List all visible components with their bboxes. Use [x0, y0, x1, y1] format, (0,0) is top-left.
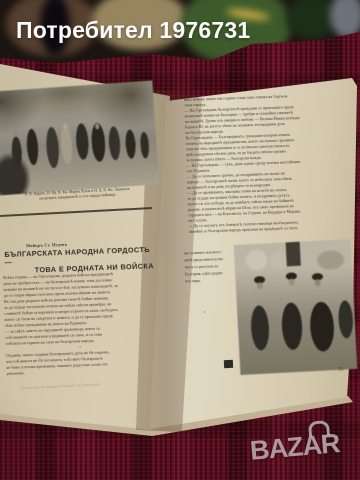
page-number: 35 [338, 366, 344, 372]
shopping-bag-handle-icon [308, 420, 330, 437]
right-page-body-text: ната войска, която тая година стана пакъ… [184, 91, 359, 234]
user-watermark: Потребител 1976731 [16, 17, 250, 44]
left-page-body-text: Всѣка година — на Гергьовдень, родната в… [3, 270, 156, 377]
photograph-figures [234, 239, 358, 375]
photograph-figures [0, 80, 159, 195]
section-separator-dot: • [204, 310, 205, 315]
listing-photo: Н. В. Царьтъ, Н. Кр. В. Кн. Мария Луиза … [0, 0, 360, 480]
background-blob [330, 0, 360, 38]
left-page-photograph [0, 80, 159, 195]
right-page-photograph [234, 239, 358, 375]
printer-ornament-square [224, 360, 233, 368]
right-page-side-column: ни спомнятъ мѫчител- нитѣ представителст… [184, 248, 240, 285]
